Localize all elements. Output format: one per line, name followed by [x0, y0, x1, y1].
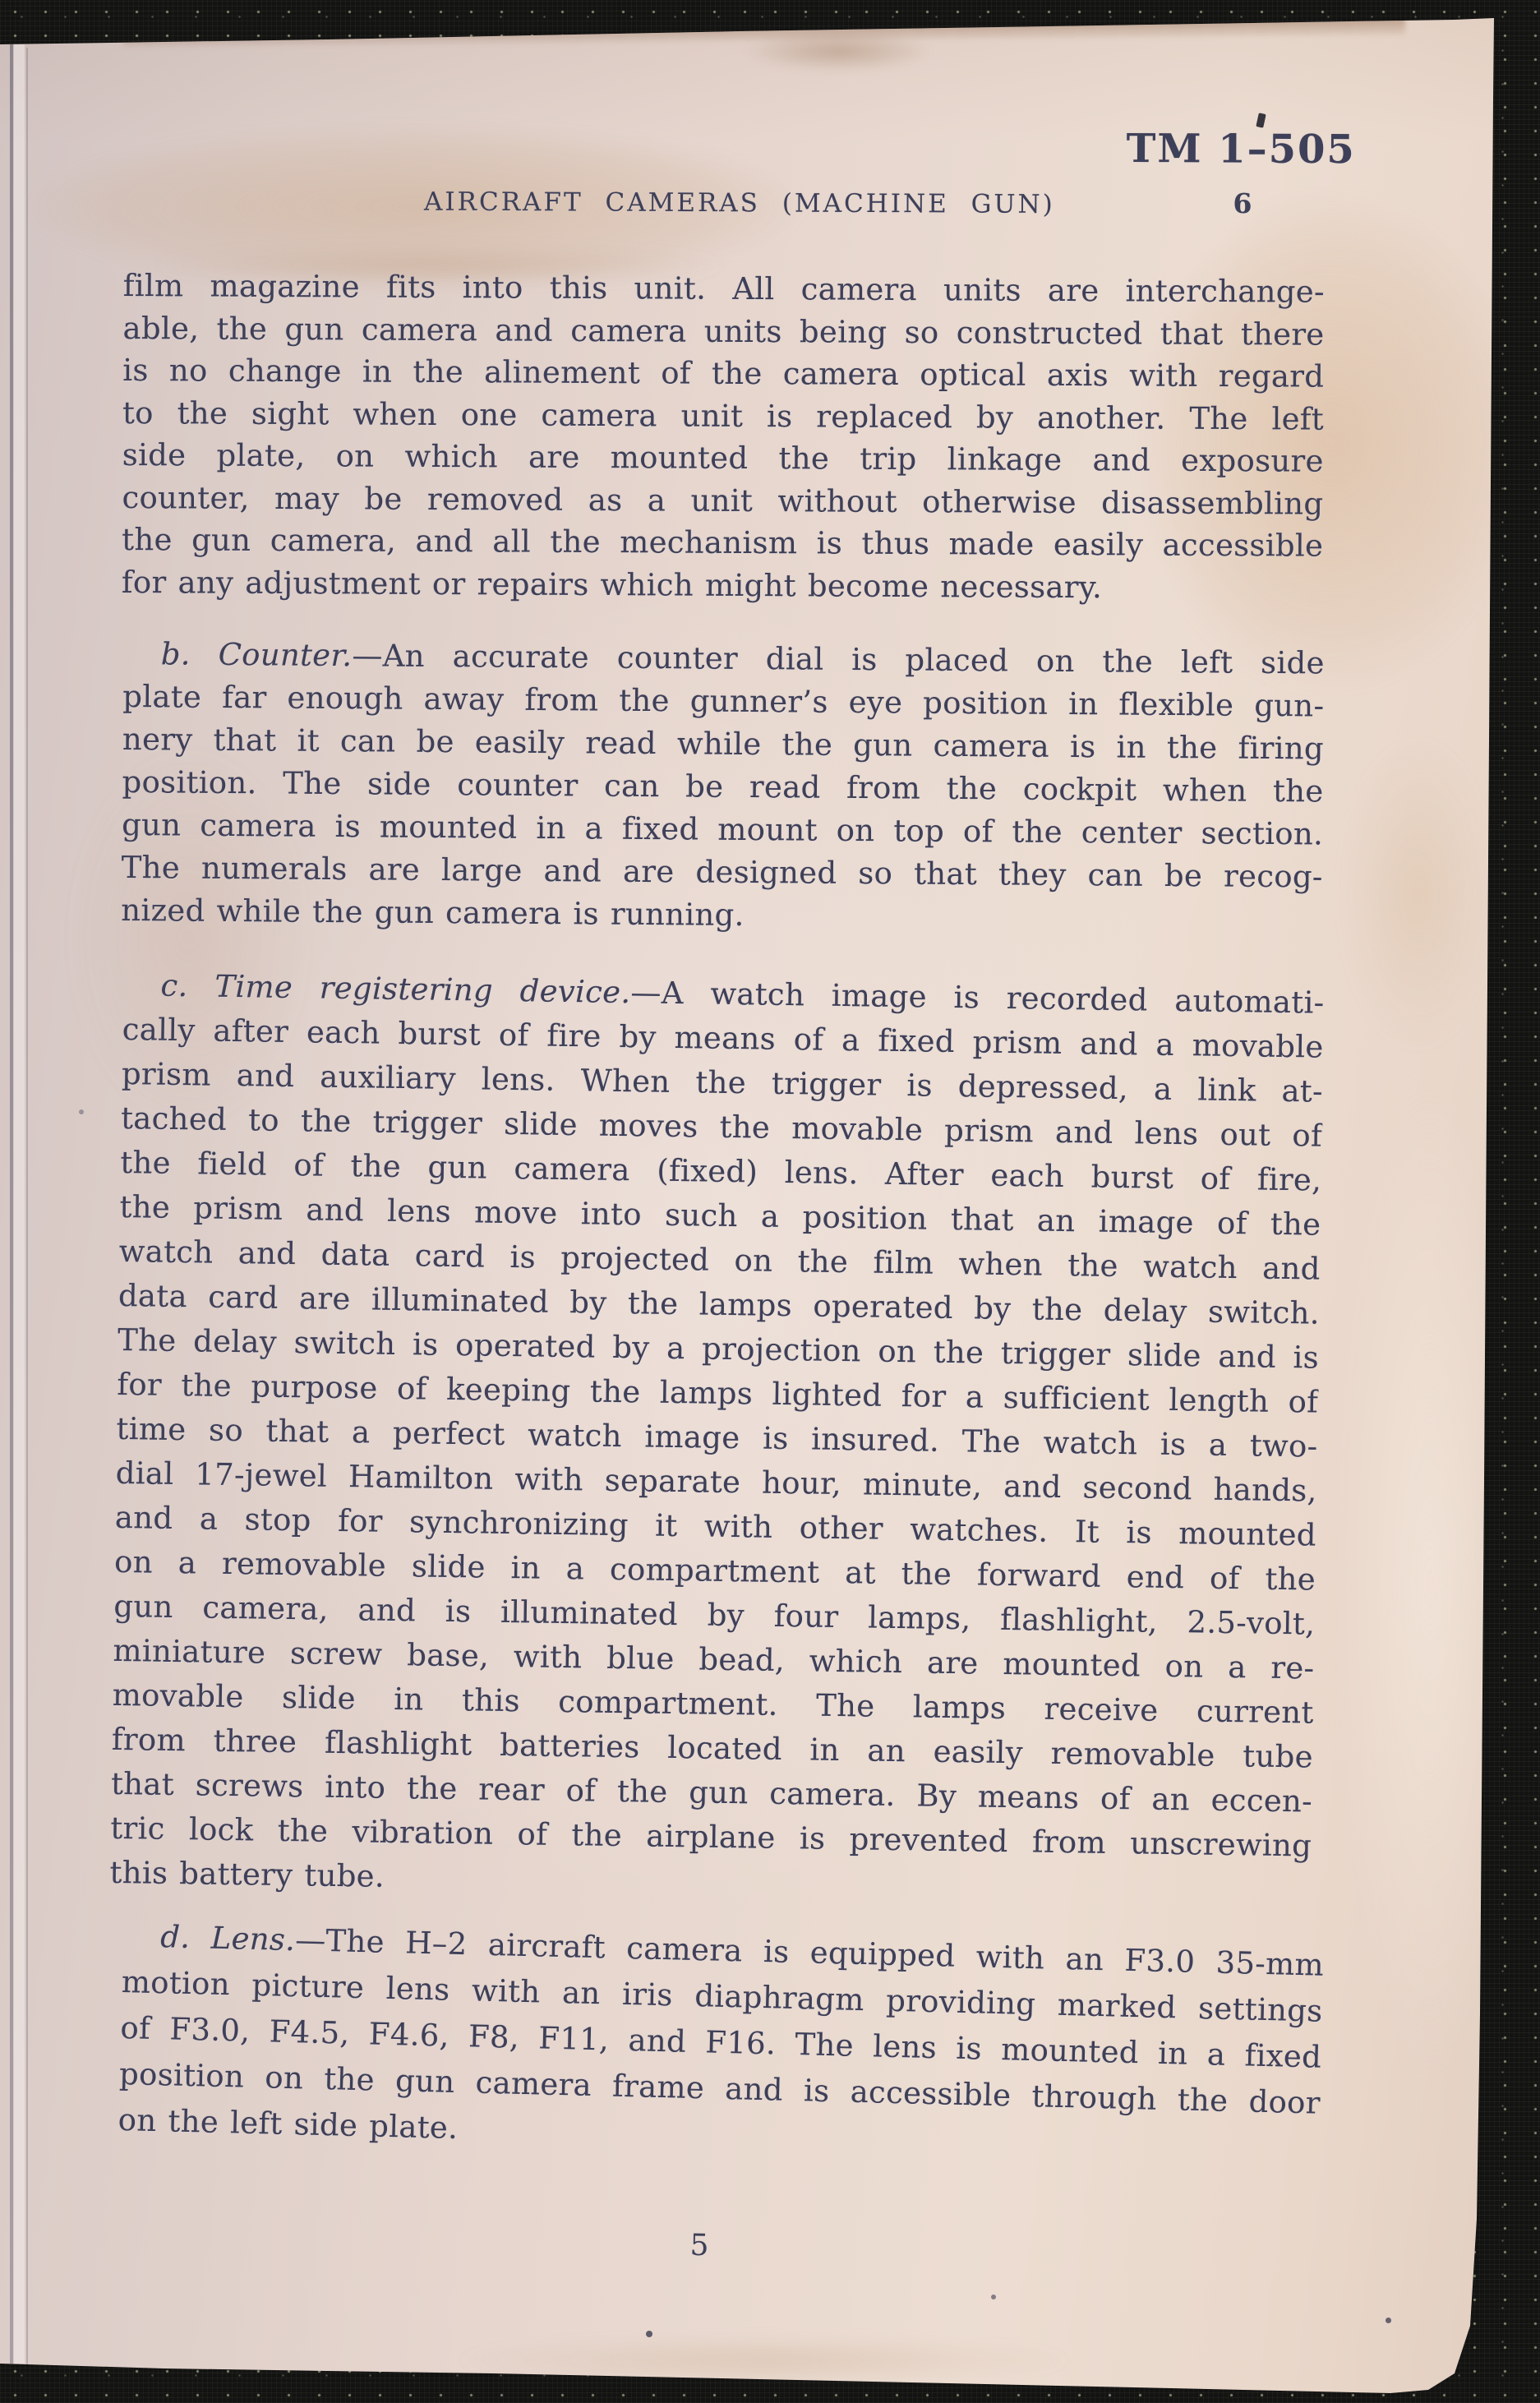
page-number: 5: [662, 2228, 737, 2263]
text-line: for any adjustment or repairs which migh…: [122, 560, 1323, 609]
photo-of-manual-page: TM 1–505 AIRCRAFT CAMERAS (MACHINE GUN) …: [0, 0, 1540, 2403]
text-line: the gun camera, and all the mechanism is…: [122, 519, 1323, 567]
para-b-counter: b. Counter.—An accurate counter dial is …: [121, 633, 1325, 941]
text-line: counter, may be removed as a unit withou…: [122, 476, 1323, 524]
body-text: film magazine fits into this unit. All c…: [0, 0, 1540, 2403]
para-continuation: film magazine fits into this unit. All c…: [122, 265, 1325, 610]
paper-page: TM 1–505 AIRCRAFT CAMERAS (MACHINE GUN) …: [0, 0, 1540, 2403]
text-line: able, the gun camera and camera units be…: [122, 307, 1324, 355]
text-line: is no change in the alinement of the cam…: [122, 349, 1324, 398]
para-d-lens: d. Lens.—The H–2 aircraft camera is equi…: [118, 1913, 1324, 2173]
text-line: film magazine fits into this unit. All c…: [123, 265, 1325, 313]
para-c-time-registering-device: c. Time registering device.—A watch imag…: [109, 963, 1325, 1913]
text-line: side plate, on which are mounted the tri…: [122, 434, 1324, 482]
text-line: to the sight when one camera unit is rep…: [122, 391, 1324, 440]
